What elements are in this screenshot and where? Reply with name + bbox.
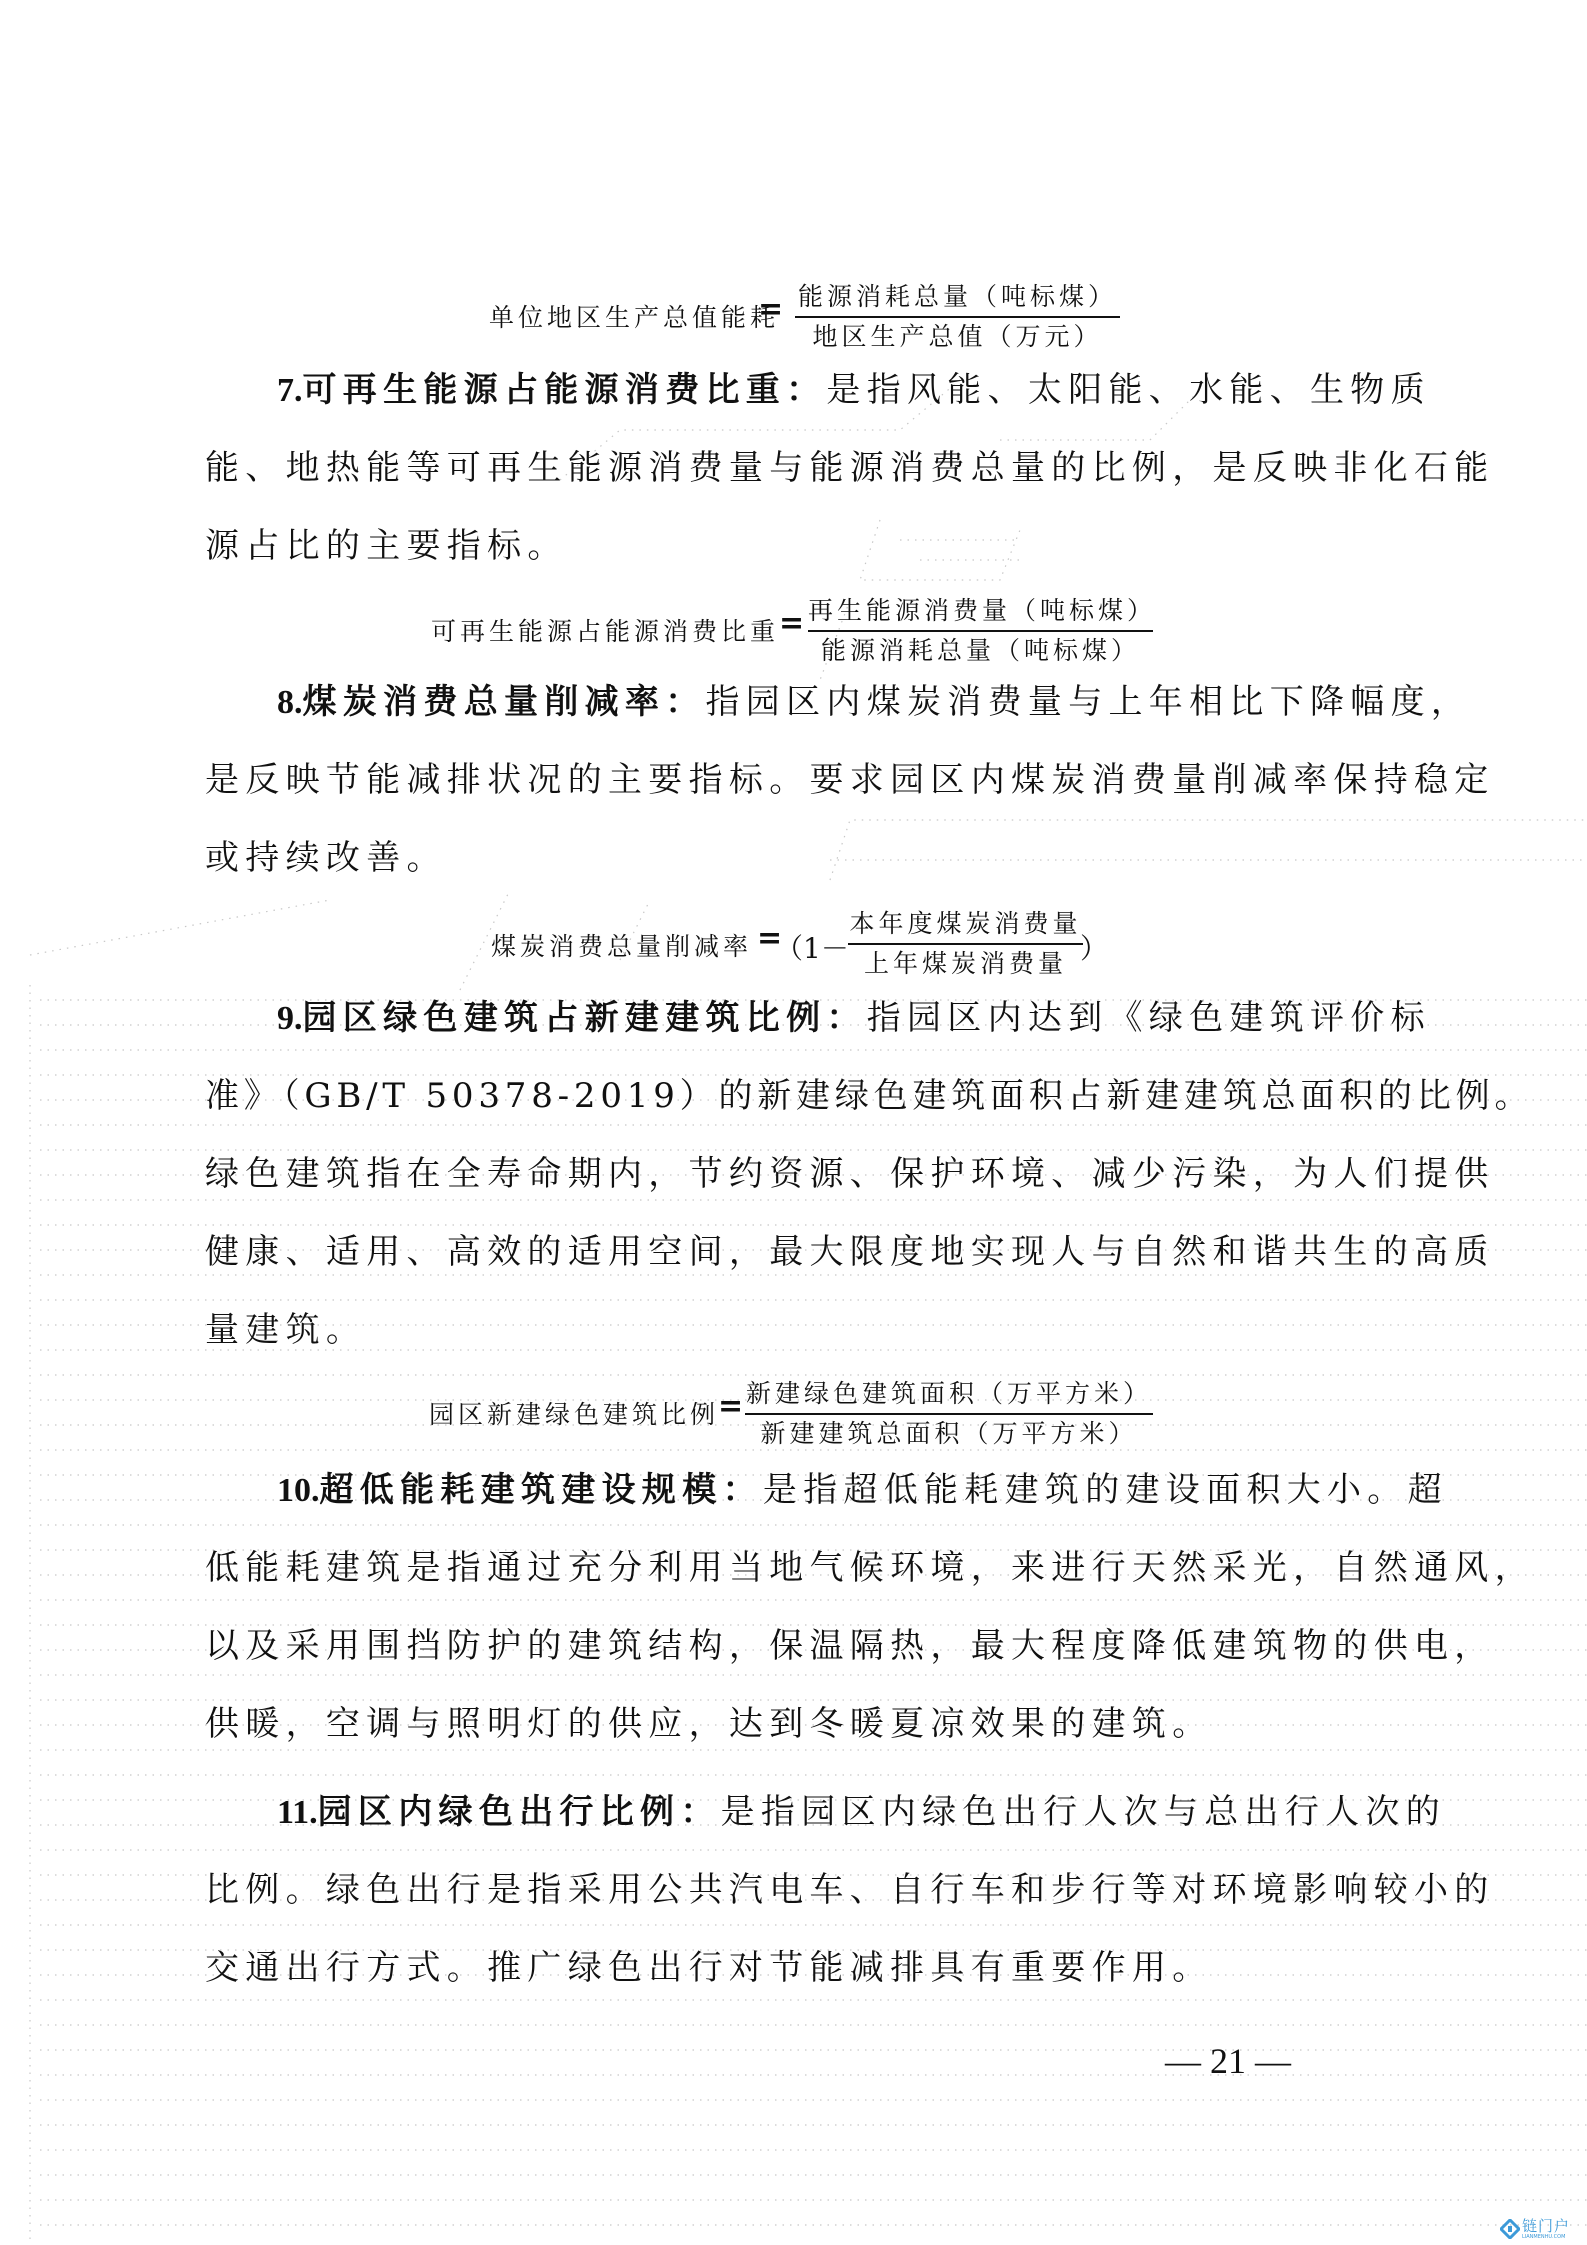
fraction: 新建绿色建筑面积（万平方米） 新建建筑总面积（万平方米） — [745, 1375, 1153, 1453]
fraction-numerator: 再生能源消费量（吨标煤） — [808, 592, 1153, 630]
fraction-numerator: 新建绿色建筑面积（万平方米） — [745, 1375, 1153, 1413]
section-9-line-3: 绿色建筑指在全寿命期内，节约资源、保护环境、减少污染，为人们提供 — [205, 1152, 1385, 1196]
section-9-line-5: 量建筑。 — [205, 1308, 1385, 1352]
fraction-numerator: 本年度煤炭消费量 — [848, 905, 1083, 943]
section-title: 园区内绿色出行比例： — [318, 1792, 721, 1832]
section-7-line-1: 7.可再生能源占能源消费比重：是指风能、太阳能、水能、生物质 — [205, 368, 1385, 413]
logo-text: 链门户 — [1522, 2215, 1570, 2236]
section-10-line-3: 以及采用围挡防护的建筑结构，保温隔热，最大程度降低建筑物的供电， — [205, 1624, 1385, 1668]
watermark-logo: 链门户 LIANMENHU.COM — [1500, 2215, 1585, 2243]
section-number: 10. — [277, 1472, 320, 1509]
section-10-line-1: 10.超低能耗建筑建设规模：是指超低能耗建筑的建设面积大小。超 — [205, 1468, 1385, 1513]
formula-label: 单位地区生产总值能耗 — [489, 298, 779, 334]
logo-subtext: LIANMENHU.COM — [1522, 2234, 1565, 2240]
page-number: — 21 — — [1165, 2040, 1291, 2082]
section-8-line-2: 是反映节能减排状况的主要指标。要求园区内煤炭消费量削减率保持稳定 — [205, 758, 1385, 802]
section-11-line-3: 交通出行方式。推广绿色出行对节能减排具有重要作用。 — [205, 1946, 1385, 1990]
section-7-line-2: 能、地热能等可再生能源消费量与能源消费总量的比例，是反映非化石能 — [205, 446, 1385, 490]
formula-suffix: ） — [1080, 927, 1112, 967]
section-title: 超低能耗建筑建设规模： — [320, 1470, 763, 1510]
formula-prefix: （1－ — [775, 927, 849, 967]
diamond-logo-icon — [1500, 2219, 1520, 2239]
formula-label: 煤炭消费总量削减率 — [491, 927, 752, 963]
section-11-line-1: 11.园区内绿色出行比例：是指园区内绿色出行人次与总出行人次的 — [205, 1790, 1385, 1835]
section-10-line-2: 低能耗建筑是指通过充分利用当地气候环境，来进行天然采光，自然通风， — [205, 1546, 1385, 1590]
formula-renewable-share: 可再生能源占能源消费比重 = 再生能源消费量（吨标煤） 能源消耗总量（吨标煤） — [0, 592, 1587, 672]
section-10-line-4: 供暖，空调与照明灯的供应，达到冬暖夏凉效果的建筑。 — [205, 1702, 1385, 1746]
section-text: 是指风能、太阳能、水能、生物质 — [826, 370, 1431, 410]
section-title: 园区绿色建筑占新建建筑比例： — [303, 998, 867, 1038]
section-text: 指园区内煤炭消费量与上年相比下降幅度， — [706, 682, 1472, 722]
section-number: 8. — [277, 684, 303, 721]
section-9-line-4: 健康、适用、高效的适用空间，最大限度地实现人与自然和谐共生的高质 — [205, 1230, 1385, 1274]
section-text: 是指超低能耗建筑的建设面积大小。超 — [763, 1470, 1448, 1510]
section-text: 指园区内达到《绿色建筑评价标 — [867, 998, 1431, 1038]
section-11-line-2: 比例。绿色出行是指采用公共汽电车、自行车和步行等对环境影响较小的 — [205, 1868, 1385, 1912]
section-title: 可再生能源占能源消费比重： — [303, 370, 827, 410]
fraction-numerator: 能源消耗总量（吨标煤） — [795, 278, 1120, 316]
equals-sign: = — [779, 606, 808, 641]
section-8-line-1: 8.煤炭消费总量削减率：指园区内煤炭消费量与上年相比下降幅度， — [205, 680, 1385, 725]
formula-label: 可再生能源占能源消费比重 — [431, 612, 779, 648]
fraction: 能源消耗总量（吨标煤） 地区生产总值（万元） — [795, 278, 1120, 356]
fraction: 本年度煤炭消费量 上年煤炭消费量 — [848, 905, 1083, 983]
formula-green-building-ratio: 园区新建绿色建筑比例 = 新建绿色建筑面积（万平方米） 新建建筑总面积（万平方米… — [0, 1375, 1587, 1455]
fraction-denominator: 上年煤炭消费量 — [848, 945, 1083, 983]
formula-label: 园区新建绿色建筑比例 — [429, 1395, 719, 1431]
section-7-line-3: 源占比的主要指标。 — [205, 524, 1385, 568]
section-number: 9. — [277, 1000, 303, 1037]
equals-sign: = — [718, 1389, 747, 1424]
fraction-denominator: 地区生产总值（万元） — [795, 318, 1120, 356]
section-number: 7. — [277, 372, 303, 409]
section-number: 11. — [277, 1794, 318, 1831]
section-9-line-1: 9.园区绿色建筑占新建建筑比例：指园区内达到《绿色建筑评价标 — [205, 996, 1385, 1041]
section-9-line-2: 准》（GB/T 50378-2019）的新建绿色建筑面积占新建建筑总面积的比例。 — [205, 1074, 1385, 1118]
section-title: 煤炭消费总量削减率： — [303, 682, 706, 722]
fraction: 再生能源消费量（吨标煤） 能源消耗总量（吨标煤） — [808, 592, 1153, 670]
section-8-line-3: 或持续改善。 — [205, 836, 1385, 880]
formula-coal-reduction: 煤炭消费总量削减率 = （1－ 本年度煤炭消费量 上年煤炭消费量 ） — [0, 905, 1587, 985]
section-text: 是指园区内绿色出行人次与总出行人次的 — [721, 1792, 1446, 1832]
fraction-denominator: 能源消耗总量（吨标煤） — [808, 632, 1153, 670]
fraction-denominator: 新建建筑总面积（万平方米） — [745, 1415, 1153, 1453]
formula-energy-per-gdp: 单位地区生产总值能耗 = 能源消耗总量（吨标煤） 地区生产总值（万元） — [0, 278, 1587, 358]
equals-sign: = — [758, 292, 787, 327]
